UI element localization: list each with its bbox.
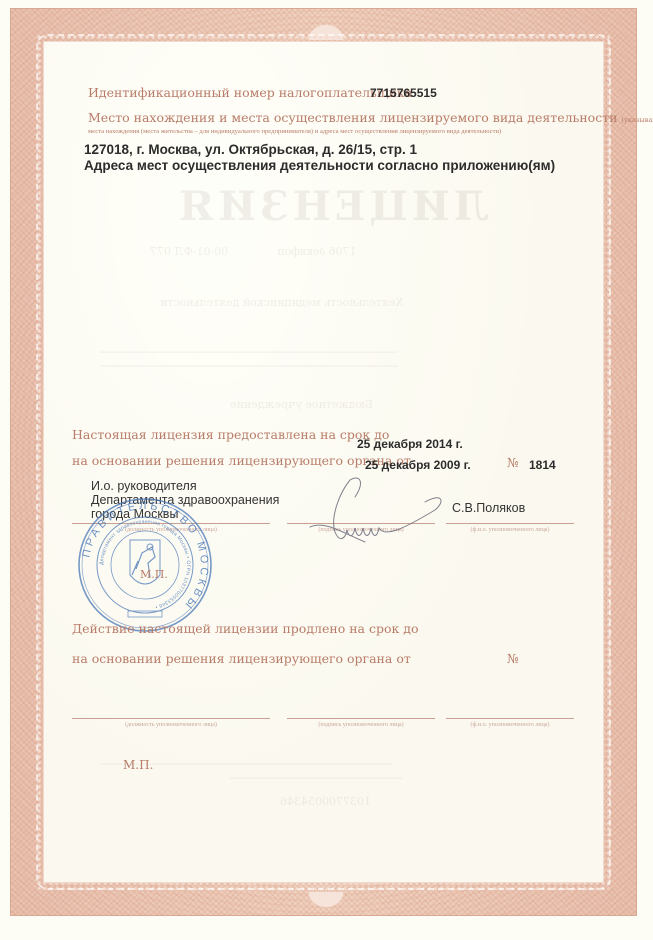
extension-position-caption: (должность уполномоченного лица) xyxy=(72,722,270,728)
address-value: 127018, г. Москва, ул. Октябрьская, д. 2… xyxy=(84,142,417,157)
signer-position-line2: Департамента здравоохранения xyxy=(91,493,279,507)
extension-name-caption: (ф.и.о. уполномоченного лица) xyxy=(446,722,574,728)
location-label-text: Место нахождения и места осуществления л… xyxy=(88,110,617,125)
grant-stamp-label: М.П. xyxy=(140,568,168,581)
extension-term-label: Действие настоящей лицензии продлено на … xyxy=(72,621,419,636)
signature-rule xyxy=(287,523,435,524)
extension-signature-caption: (подпись уполномоченного лица) xyxy=(287,722,435,728)
signer-name: С.В.Поляков xyxy=(452,501,525,515)
name-rule xyxy=(446,523,574,524)
name-caption: (ф.и.о. уполномоченного лица) xyxy=(446,527,574,533)
signature-caption: (подпись уполномоченного лица) xyxy=(287,527,435,533)
position-rule xyxy=(72,523,270,524)
extension-position-rule xyxy=(72,718,270,719)
license-sheet: ЛИЦЕНЗИЯ 1706 ∂еквфоп 00-01-ФЛ 077 Хеяте… xyxy=(0,0,653,940)
extension-stamp-label: М.П. xyxy=(123,758,153,772)
bottom-ornament xyxy=(296,892,356,918)
term-label: Настоящая лицензия предоставлена на срок… xyxy=(72,427,389,442)
extension-number-label: № xyxy=(507,651,519,666)
location-label-note: (указываются адрес xyxy=(621,116,653,124)
signer-position-line3: города Москвы xyxy=(91,507,178,521)
activity-places-value: Адреса мест осуществления деятельности с… xyxy=(84,158,555,173)
extension-name-rule xyxy=(446,718,574,719)
extension-basis-label: на основании решения лицензирующего орга… xyxy=(72,651,411,666)
location-label: Место нахождения и места осуществления л… xyxy=(88,110,653,125)
term-value: 25 декабря 2014 г. xyxy=(357,437,463,451)
basis-date: 25 декабря 2009 г. xyxy=(365,458,471,472)
inn-value: 7715765515 xyxy=(370,86,437,100)
inn-label: Идентификационный номер налогоплательщик… xyxy=(88,85,412,100)
extension-signature-rule xyxy=(287,718,435,719)
location-label-note-line2: места нахождения (места жительства – для… xyxy=(88,128,501,135)
signer-position-line1: И.о. руководителя xyxy=(91,479,197,493)
position-caption: (должность уполномоченного лица) xyxy=(72,527,270,533)
number-label: № xyxy=(507,455,519,470)
basis-label: на основании решения лицензирующего орга… xyxy=(72,453,411,468)
number-value: 1814 xyxy=(529,458,556,472)
